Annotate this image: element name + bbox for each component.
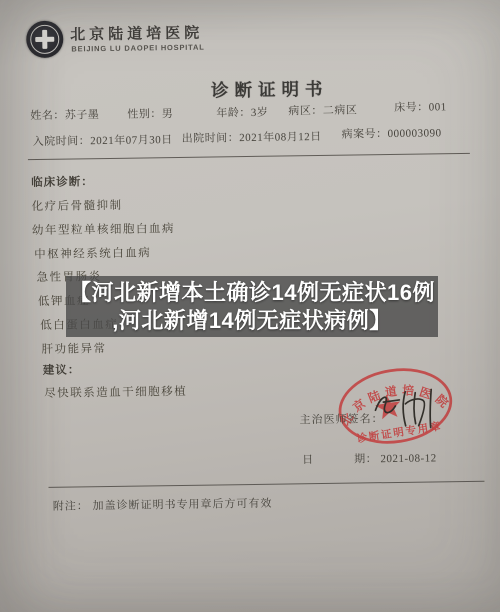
field-bed: 床号：001 [394, 98, 447, 115]
caption-overlay: 【河北新增本土确诊14例无症状16例 ,河北新增14例无症状病例】 [66, 276, 438, 337]
logo-cross-icon [35, 37, 54, 42]
divider-line [28, 153, 470, 160]
hospital-logo-icon [26, 21, 64, 59]
diagnosis-heading: 临床诊断： [31, 173, 94, 190]
field-bed-label: 床号： [394, 101, 429, 113]
field-gender-label: 性别： [127, 108, 162, 120]
field-record-value: 000003090 [388, 127, 442, 140]
footnote: 附注： 加盖诊断证明书专用章后方可有效 [53, 495, 273, 514]
suggestion-heading: 建议： [43, 361, 81, 378]
field-age: 年龄：3岁 [216, 104, 268, 121]
field-gender-value: 男 [162, 108, 174, 120]
field-record-label: 病案号： [342, 128, 388, 141]
date-field: 期： 2021-08-12 [354, 449, 437, 466]
field-admit-value: 2021年07月30日 [90, 134, 173, 147]
field-bed-value: 001 [429, 101, 447, 113]
field-age-value: 3岁 [251, 107, 269, 119]
date-value: 2021-08-12 [380, 452, 436, 465]
field-discharge-label: 出院时间： [182, 132, 240, 145]
footnote-text: 加盖诊断证明书专用章后方可有效 [92, 498, 272, 513]
hospital-name-en: BEIJING LU DAOPEI HOSPITAL [71, 43, 204, 54]
field-ward-label: 病区： [288, 105, 323, 117]
date-label-rest: 期： [354, 453, 377, 465]
field-name: 姓名：苏子墨 [30, 106, 99, 123]
field-discharge-date: 出院时间：2021年08月12日 [182, 128, 322, 146]
divider-line [49, 481, 485, 488]
page-title: 诊断证明书 [211, 76, 329, 103]
signature-scribble-icon [369, 385, 450, 432]
caption-line-2: ,河北新增14例无症状病例】 [112, 307, 392, 335]
field-ward-value: 二病区 [323, 104, 358, 116]
diagnosis-item: 化疗后骨髓抑制 [31, 197, 122, 214]
field-record-number: 病案号：000003090 [341, 124, 441, 141]
field-name-value: 苏子墨 [65, 109, 100, 121]
field-name-label: 姓名： [30, 110, 65, 122]
field-ward: 病区：二病区 [288, 101, 357, 118]
field-age-label: 年龄： [216, 107, 251, 119]
field-admit-date: 入院时间：2021年07月30日 [33, 131, 173, 149]
document-photo: 北京陆道培医院 BEIJING LU DAOPEI HOSPITAL 诊断证明书… [0, 0, 500, 612]
diagnosis-item: 肝功能异常 [41, 340, 106, 357]
diagnosis-item: 幼年型粒单核细胞白血病 [32, 220, 175, 238]
field-gender: 性别：男 [127, 105, 173, 122]
caption-line-1: 【河北新增本土确诊14例无症状16例 [69, 279, 435, 307]
field-discharge-value: 2021年08月12日 [239, 131, 322, 144]
footnote-label: 附注： [53, 500, 89, 513]
hospital-name-cn: 北京陆道培医院 [70, 22, 203, 45]
suggestion-item: 尽快联系造血干细胞移植 [44, 383, 187, 401]
field-admit-label: 入院时间： [33, 135, 91, 148]
date-label-day: 日 [302, 451, 314, 467]
doctor-signature [369, 385, 450, 432]
diagnosis-item: 中枢神经系统白血病 [34, 244, 151, 262]
